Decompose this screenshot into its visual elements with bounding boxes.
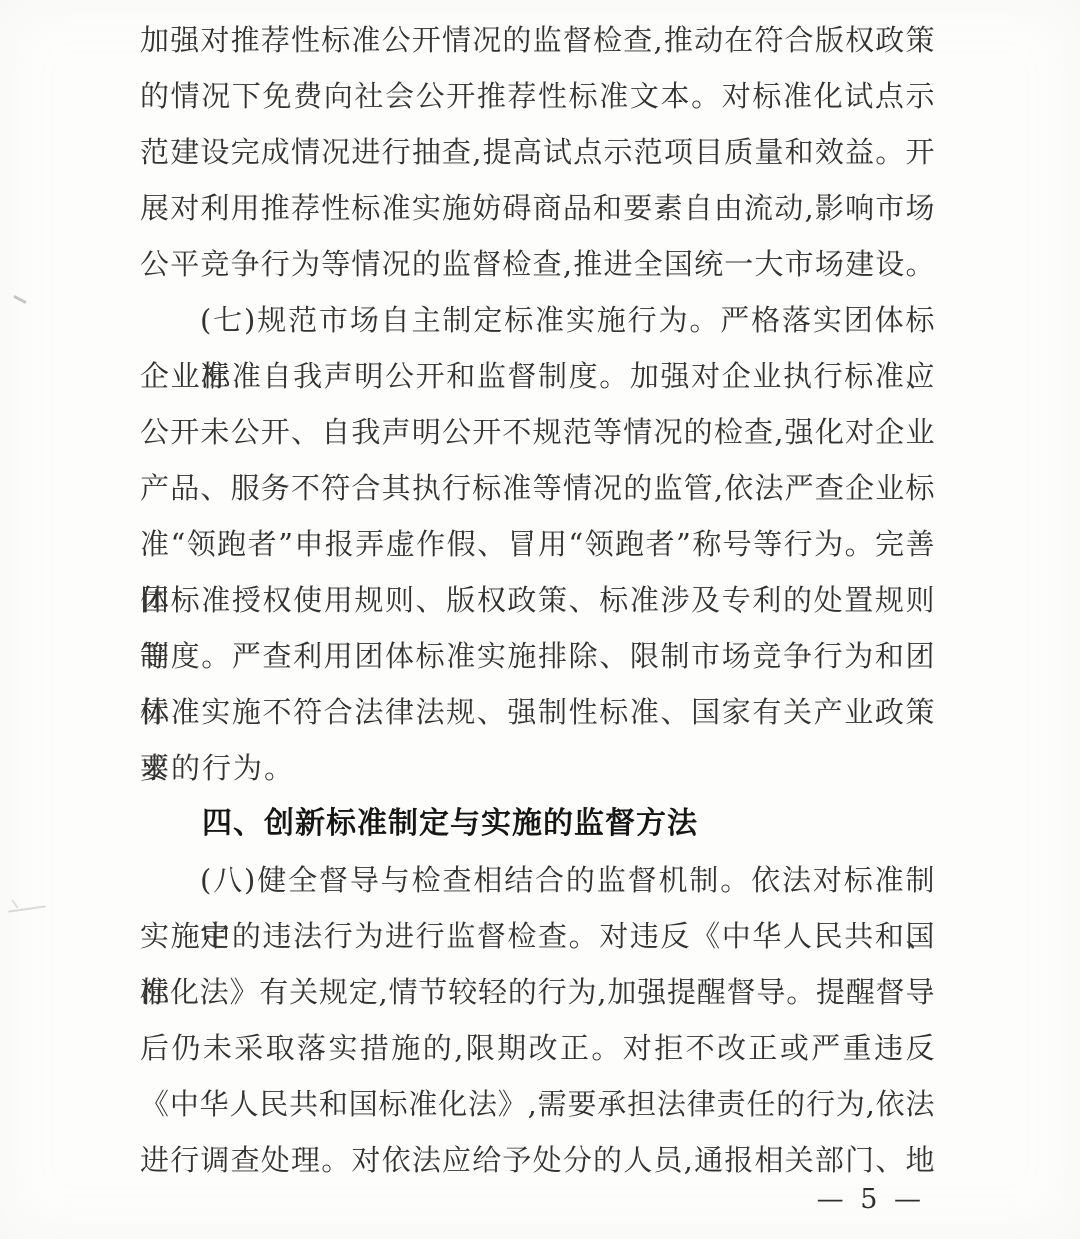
text-line: 制度。严查利用团体标准实施排除、限制市场竞争行为和团体 (140, 628, 935, 684)
text-line: 后仍未采取落实措施的,限期改正。对拒不改正或严重违反 (140, 1020, 935, 1076)
paragraph-start-line: (八)健全督导与检查相结合的监督机制。依法对标准制定、 (140, 852, 935, 908)
text-line: 求的行为。 (140, 740, 935, 796)
text-line: 准“领跑者”申报弄虚作假、冒用“领跑者”称号等行为。完善团 (140, 516, 935, 572)
text-line: 公平竞争行为等情况的监督检查,推进全国统一大市场建设。 (140, 236, 935, 292)
text-line: 企业标准自我声明公开和监督制度。加强对企业执行标准应 (140, 348, 935, 404)
scan-artifact (8, 905, 46, 912)
text-line: 的情况下免费向社会公开推荐性标准文本。对标准化试点示 (140, 68, 935, 124)
text-line: 准化法》有关规定,情节较轻的行为,加强提醒督导。提醒督导 (140, 964, 935, 1020)
scan-artifact (13, 295, 27, 304)
text-line: 标准实施不符合法律法规、强制性标准、国家有关产业政策要 (140, 684, 935, 740)
text-line: 实施中的违法行为进行监督检查。对违反《中华人民共和国标 (140, 908, 935, 964)
paragraph-start-line: (七)规范市场自主制定标准实施行为。严格落实团体标准、 (140, 292, 935, 348)
text-line: 公开未公开、自我声明公开不规范等情况的检查,强化对企业 (140, 404, 935, 460)
text-line: 体标准授权使用规则、版权政策、标准涉及专利的处置规则等 (140, 572, 935, 628)
text-line: 加强对推荐性标准公开情况的监督检查,推动在符合版权政策 (140, 12, 935, 68)
section-heading: 四、创新标准制定与实施的监督方法 (140, 796, 935, 852)
page-number: — 5 — (140, 1176, 925, 1224)
scan-artifact (11, 899, 18, 908)
text-line: 《中华人民共和国标准化法》,需要承担法律责任的行为,依法 (140, 1076, 935, 1132)
text-line: 产品、服务不符合其执行标准等情况的监管,依法严查企业标 (140, 460, 935, 516)
text-line: 范建设完成情况进行抽查,提高试点示范项目质量和效益。开 (140, 124, 935, 180)
document-text: 加强对推荐性标准公开情况的监督检查,推动在符合版权政策 的情况下免费向社会公开推… (140, 12, 935, 1188)
document-page: 加强对推荐性标准公开情况的监督检查,推动在符合版权政策 的情况下免费向社会公开推… (0, 0, 1080, 1239)
text-line: 展对利用推荐性标准实施妨碍商品和要素自由流动,影响市场 (140, 180, 935, 236)
